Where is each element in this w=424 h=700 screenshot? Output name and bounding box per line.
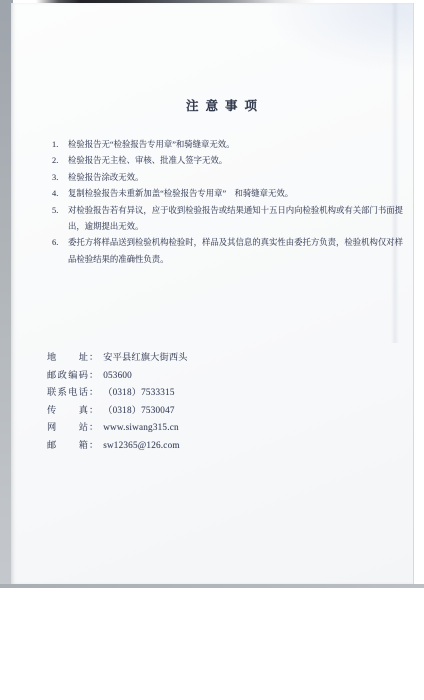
contact-value: （0318）7533315	[103, 384, 175, 402]
note-text: 委托方将样品送到检验机构检验时，样品及其信息的真实性由委托方负责，检验机构仅对样…	[68, 235, 406, 268]
contact-label: 邮箱	[47, 437, 88, 455]
contact-label: 传真	[47, 402, 88, 420]
contact-colon: ：	[89, 349, 98, 367]
contact-label: 邮政编码	[47, 367, 88, 385]
note-item: 3. 检验报告涂改无效。	[52, 170, 408, 186]
scanner-edge-bottom	[0, 584, 424, 588]
scanned-document-viewport: 注意事项 1. 检验报告无“检验报告专用章”和骑缝章无效。 2. 检验报告无主检…	[0, 0, 424, 700]
contact-row-postal-code: 邮政编码： 053600	[47, 367, 188, 385]
contact-row-website: 网站： www.siwang315.cn	[47, 419, 188, 437]
contact-colon: ：	[89, 384, 98, 402]
contact-row-email: 邮箱： sw12365@126.com	[47, 437, 188, 455]
contact-block: 地址： 安平县红旗大街西头 邮政编码： 053600 联系电话： （0318）7…	[47, 349, 188, 454]
contact-value: （0318）7530047	[103, 402, 175, 420]
note-item: 2. 检验报告无主检、审核、批准人签字无效。	[52, 153, 408, 169]
contact-row-address: 地址： 安平县红旗大街西头	[47, 349, 188, 367]
note-text: 复制检验报告未重新加盖“检验报告专用章” 和骑缝章无效。	[68, 186, 406, 202]
contact-label: 地址	[47, 349, 88, 367]
note-text: 对检验报告若有异议，应于收到检验报告或结果通知十五日内向检验机构或有关部门书面提…	[68, 203, 406, 236]
note-text: 检验报告涂改无效。	[68, 170, 406, 186]
document-page: 注意事项 1. 检验报告无“检验报告专用章”和骑缝章无效。 2. 检验报告无主检…	[11, 3, 414, 584]
contact-colon: ：	[89, 419, 98, 437]
note-item: 1. 检验报告无“检验报告专用章”和骑缝章无效。	[52, 137, 408, 153]
note-item: 5. 对检验报告若有异议，应于收到检验报告或结果通知十五日内向检验机构或有关部门…	[52, 203, 408, 236]
contact-label: 网站	[47, 419, 88, 437]
contact-colon: ：	[89, 367, 98, 385]
note-number: 2.	[52, 153, 68, 169]
note-number: 5.	[52, 203, 68, 219]
contact-colon: ：	[89, 437, 98, 455]
contact-value: 053600	[103, 367, 132, 385]
note-number: 1.	[52, 137, 68, 153]
note-item: 4. 复制检验报告未重新加盖“检验报告专用章” 和骑缝章无效。	[52, 186, 408, 202]
contact-value: 安平县红旗大街西头	[103, 349, 188, 367]
contact-value: www.siwang315.cn	[103, 419, 179, 437]
contact-label: 联系电话	[47, 384, 88, 402]
note-number: 6.	[52, 235, 68, 251]
note-text: 检验报告无主检、审核、批准人签字无效。	[68, 153, 406, 169]
note-number: 3.	[52, 170, 68, 186]
contact-value: sw12365@126.com	[103, 437, 180, 455]
notes-list: 1. 检验报告无“检验报告专用章”和骑缝章无效。 2. 检验报告无主检、审核、批…	[52, 137, 408, 268]
contact-colon: ：	[89, 402, 98, 420]
note-number: 4.	[52, 186, 68, 202]
page-title: 注意事项	[11, 96, 413, 114]
contact-row-phone: 联系电话： （0318）7533315	[47, 384, 188, 402]
note-item: 6. 委托方将样品送到检验机构检验时，样品及其信息的真实性由委托方负责，检验机构…	[52, 235, 408, 268]
contact-row-fax: 传真： （0318）7530047	[47, 402, 188, 420]
note-text: 检验报告无“检验报告专用章”和骑缝章无效。	[68, 137, 406, 153]
